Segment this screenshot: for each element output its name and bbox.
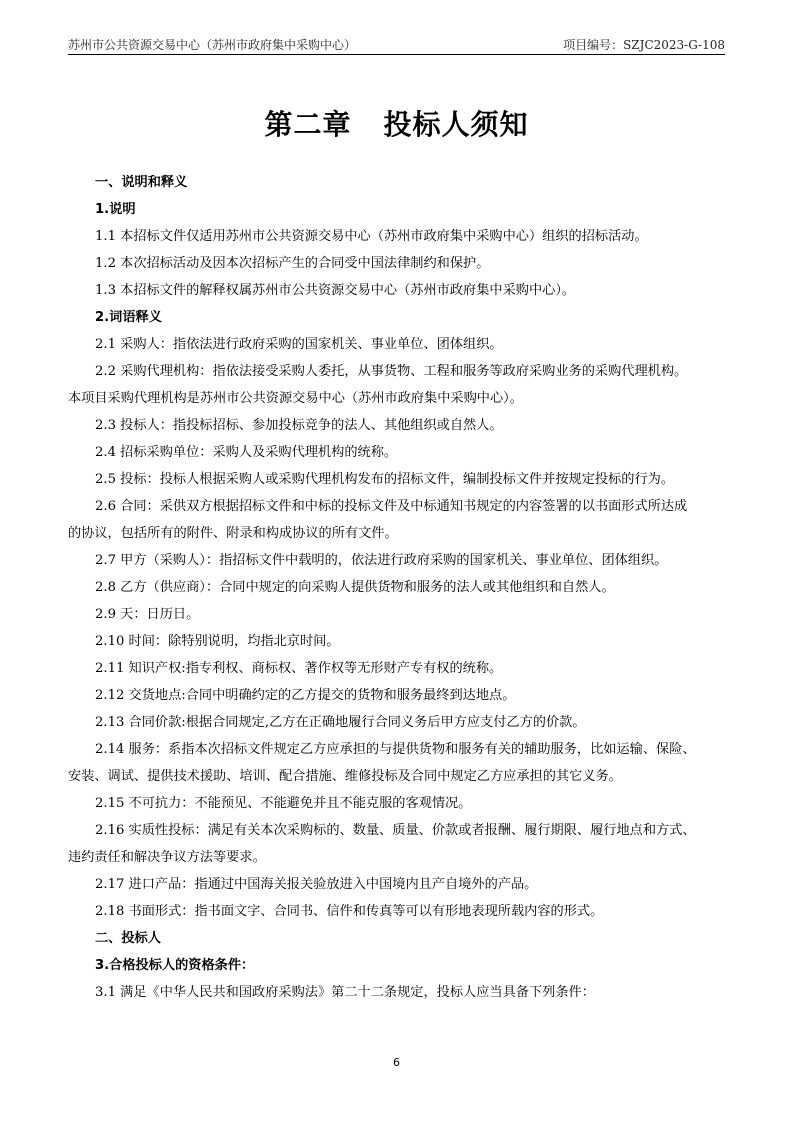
paragraph: 2.6 合同：采供双方根据招标文件和中标的投标文件及中标通知书规定的内容签署的以… [68,493,725,520]
chapter-name: 投标人须知 [384,108,529,141]
paragraph: 2.4 招标采购单位：采购人及采购代理机构的统称。 [68,439,725,466]
paragraph: 2.14 服务：系指本次招标文件规定乙方应承担的与提供货物和服务有关的辅助服务，… [68,736,725,763]
paragraph: 2.7 甲方（采购人）：指招标文件中载明的，依法进行政府采购的国家机关、事业单位… [68,547,725,574]
paragraph-continuation: 安装、调试、提供技术援助、培训、配合措施、维修投标及合同中规定乙方应承担的其它义… [68,763,725,790]
paragraph-continuation: 的协议，包括所有的附件、附录和构成协议的所有文件。 [68,520,725,547]
paragraph: 2.11 知识产权:指专利权、商标权、著作权等无形财产专有权的统称。 [68,655,725,682]
subsection-heading: 2.词语释义 [68,304,725,331]
paragraph: 2.15 不可抗力：不能预见、不能避免并且不能克服的客观情况。 [68,790,725,817]
paragraph-continuation: 本项目采购代理机构是苏州市公共资源交易中心（苏州市政府集中采购中心）。 [68,385,725,412]
paragraph: 2.1 采购人：指依法进行政府采购的国家机关、事业单位、团体组织。 [68,331,725,358]
paragraph: 2.17 进口产品：指通过中国海关报关验放进入中国境内且产自境外的产品。 [68,871,725,898]
document-body: 一、说明和释义 1.说明 1.1 本招标文件仅适用苏州市公共资源交易中心（苏州市… [68,169,725,1006]
section-heading: 一、说明和释义 [68,169,725,196]
paragraph: 1.3 本招标文件的解释权属苏州市公共资源交易中心（苏州市政府集中采购中心）。 [68,277,725,304]
subsection-heading: 3.合格投标人的资格条件： [68,952,725,979]
header-organization: 苏州市公共资源交易中心（苏州市政府集中采购中心） [68,36,356,53]
page-header: 苏州市公共资源交易中心（苏州市政府集中采购中心） 项目编号：SZJC2023-G… [68,36,725,55]
subsection-heading: 1.说明 [68,196,725,223]
chapter-number: 第二章 [264,108,351,141]
paragraph: 2.10 时间：除特别说明，均指北京时间。 [68,628,725,655]
section-heading: 二、投标人 [68,925,725,952]
paragraph: 2.13 合同价款:根据合同规定,乙方在正确地履行合同义务后甲方应支付乙方的价款… [68,709,725,736]
paragraph: 2.5 投标：投标人根据采购人或采购代理机构发布的招标文件，编制投标文件并按规定… [68,466,725,493]
paragraph: 2.12 交货地点:合同中明确约定的乙方提交的货物和服务最终到达地点。 [68,682,725,709]
paragraph: 2.9 天：日历日。 [68,601,725,628]
paragraph: 2.3 投标人：指投标招标、参加投标竞争的法人、其他组织或自然人。 [68,412,725,439]
paragraph: 2.16 实质性投标：满足有关本次采购标的、数量、质量、价款或者报酬、履行期限、… [68,817,725,844]
paragraph: 1.2 本次招标活动及因本次招标产生的合同受中国法律制约和保护。 [68,250,725,277]
paragraph: 2.18 书面形式：指书面文字、合同书、信件和传真等可以有形地表现所载内容的形式… [68,898,725,925]
paragraph: 1.1 本招标文件仅适用苏州市公共资源交易中心（苏州市政府集中采购中心）组织的招… [68,223,725,250]
paragraph: 2.8 乙方（供应商）：合同中规定的向采购人提供货物和服务的法人或其他组织和自然… [68,574,725,601]
paragraph-continuation: 违约责任和解决争议方法等要求。 [68,844,725,871]
paragraph: 2.2 采购代理机构：指依法接受采购人委托，从事货物、工程和服务等政府采购业务的… [68,358,725,385]
header-project-number: 项目编号：SZJC2023-G-108 [563,36,725,53]
paragraph: 3.1 满足《中华人民共和国政府采购法》第二十二条规定，投标人应当具备下列条件： [68,979,725,1006]
chapter-title: 第二章投标人须知 [0,103,793,143]
page-number: 6 [0,1056,793,1069]
